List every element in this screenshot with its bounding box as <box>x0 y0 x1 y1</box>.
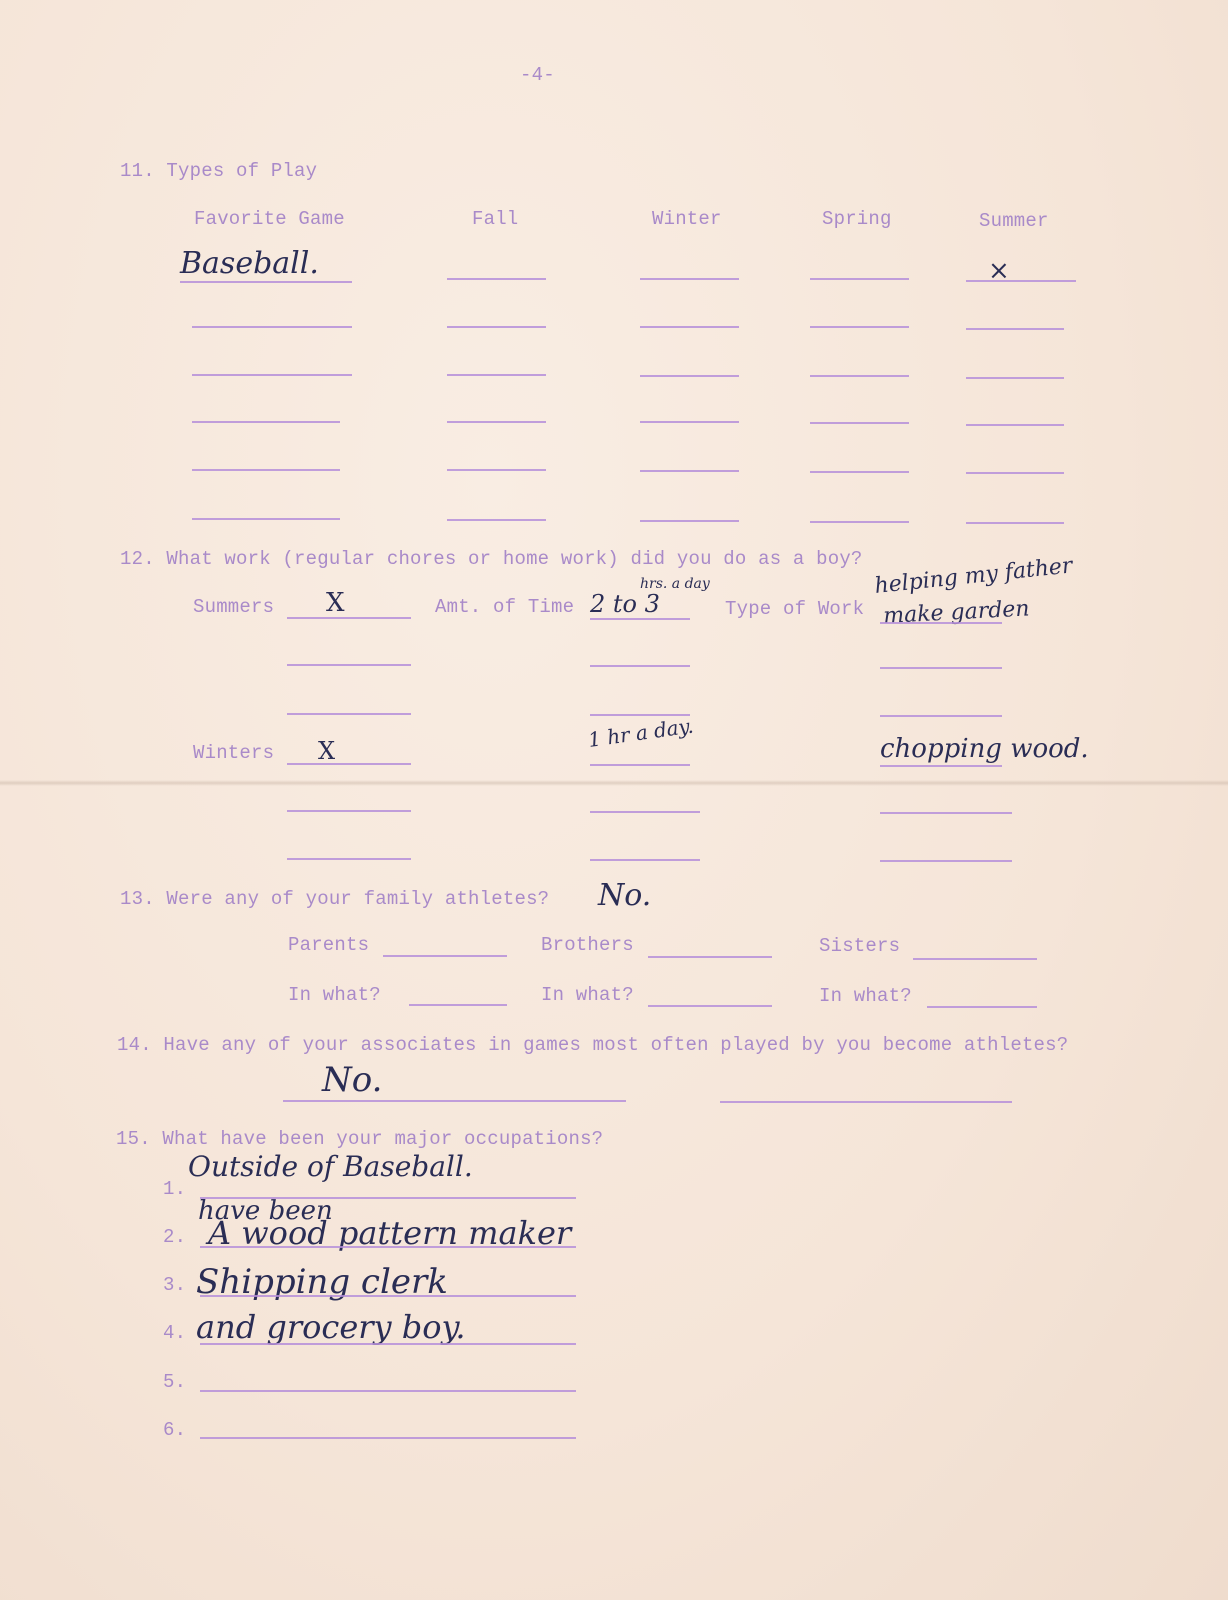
winters-time[interactable]: 1 hr a day. <box>587 713 695 752</box>
brothers-in-what-label: In what? <box>541 984 634 1006</box>
spring-line[interactable] <box>810 521 909 523</box>
summers-work-line-3[interactable] <box>880 715 1002 717</box>
winters-label: Winters <box>193 742 274 764</box>
summers-mark[interactable]: X <box>326 588 345 618</box>
fall-line[interactable] <box>447 326 546 328</box>
summers-time-line-2[interactable] <box>590 665 690 667</box>
winters-work-line-3[interactable] <box>880 860 1012 862</box>
winters-work-line-2[interactable] <box>880 812 1012 814</box>
winters-work[interactable]: chopping wood. <box>880 734 1089 764</box>
col-spring: Spring <box>822 208 892 230</box>
q14-answer-line-2[interactable] <box>720 1101 1012 1103</box>
winters-line-2[interactable] <box>287 810 411 812</box>
winter-line[interactable] <box>640 421 739 423</box>
winter-line[interactable] <box>640 375 739 377</box>
summers-line[interactable] <box>287 617 411 619</box>
fall-line[interactable] <box>447 469 546 471</box>
occupation-2-line[interactable] <box>200 1246 576 1248</box>
summers-line-3[interactable] <box>287 713 411 715</box>
summer-line[interactable] <box>966 522 1064 524</box>
summer-line[interactable] <box>966 377 1064 379</box>
q15-title: 15. What have been your major occupation… <box>116 1128 603 1150</box>
summer-line[interactable] <box>966 424 1064 426</box>
winter-line[interactable] <box>640 326 739 328</box>
occupation-number-2: 2. <box>163 1226 186 1248</box>
brothers-label: Brothers <box>541 934 634 956</box>
occupation-5-line[interactable] <box>200 1390 576 1392</box>
parents-in-what-label: In what? <box>288 984 381 1006</box>
summers-line-2[interactable] <box>287 664 411 666</box>
occupation-4-line[interactable] <box>200 1343 576 1345</box>
spring-line[interactable] <box>810 326 909 328</box>
col-fall: Fall <box>472 208 518 230</box>
col-favorite-game: Favorite Game <box>194 208 345 230</box>
fall-line[interactable] <box>447 278 546 280</box>
parents-in-what-line[interactable] <box>409 1004 507 1006</box>
summers-work-line2[interactable]: make garden <box>883 596 1030 629</box>
spring-line[interactable] <box>810 422 909 424</box>
sisters-line[interactable] <box>913 958 1037 960</box>
fall-line[interactable] <box>447 519 546 521</box>
winters-time-line-2[interactable] <box>590 811 700 813</box>
occupation-1-answer[interactable]: Outside of Baseball. <box>188 1150 473 1183</box>
occupation-4-answer[interactable]: and grocery boy. <box>196 1308 466 1346</box>
winters-work-line[interactable] <box>880 765 1002 767</box>
winter-line[interactable] <box>640 470 739 472</box>
summers-work-line1[interactable]: helping my father <box>873 553 1073 599</box>
parents-label: Parents <box>288 934 369 956</box>
winters-line-3[interactable] <box>287 858 411 860</box>
occupation-3-line[interactable] <box>200 1295 576 1297</box>
summer-line[interactable] <box>966 472 1064 474</box>
winters-time-line-3[interactable] <box>590 859 700 861</box>
spring-line[interactable] <box>810 471 909 473</box>
favorite-game-line[interactable] <box>192 374 352 376</box>
q14-answer[interactable]: No. <box>322 1060 382 1100</box>
summers-work-line[interactable] <box>880 622 1002 624</box>
favorite-game-line[interactable] <box>192 326 352 328</box>
sisters-in-what-label: In what? <box>819 985 912 1007</box>
summers-time[interactable]: 2 to 3 <box>590 590 660 618</box>
occupation-number-4: 4. <box>163 1322 186 1344</box>
summers-work-line-2[interactable] <box>880 667 1002 669</box>
summers-time-note: hrs. a day <box>640 576 710 592</box>
summer-line[interactable] <box>966 328 1064 330</box>
col-summer: Summer <box>979 210 1049 232</box>
summer-line[interactable] <box>966 280 1076 282</box>
col-winter: Winter <box>652 208 722 230</box>
brothers-line[interactable] <box>648 956 772 958</box>
fall-line[interactable] <box>447 421 546 423</box>
favorite-game-answer[interactable]: Baseball. <box>180 246 319 281</box>
brothers-in-what-line[interactable] <box>648 1005 772 1007</box>
summers-time-line[interactable] <box>590 618 690 620</box>
q12-title: 12. What work (regular chores or home wo… <box>120 548 863 570</box>
q14-answer-line-1[interactable] <box>283 1100 626 1102</box>
fall-line[interactable] <box>447 374 546 376</box>
favorite-game-line[interactable] <box>192 518 340 520</box>
winters-mark[interactable]: X <box>318 737 335 765</box>
favorite-game-line[interactable] <box>192 421 340 423</box>
winters-line[interactable] <box>287 763 411 765</box>
parents-line[interactable] <box>383 955 507 957</box>
amount-of-time-label: Amt. of Time <box>435 596 574 618</box>
occupation-number-1: 1. <box>163 1178 186 1200</box>
spring-line[interactable] <box>810 278 909 280</box>
occupation-number-6: 6. <box>163 1419 186 1441</box>
winter-line[interactable] <box>640 520 739 522</box>
favorite-game-line[interactable] <box>192 469 340 471</box>
q14-title: 14. Have any of your associates in games… <box>117 1034 1068 1056</box>
paper-fold-crease <box>0 780 1228 786</box>
occupation-6-line[interactable] <box>200 1437 576 1439</box>
occupation-number-5: 5. <box>163 1371 186 1393</box>
q11-title: 11. Types of Play <box>120 160 317 182</box>
winters-time-line[interactable] <box>590 764 690 766</box>
q13-title: 13. Were any of your family athletes? <box>120 888 549 910</box>
winter-line[interactable] <box>640 278 739 280</box>
occupation-number-3: 3. <box>163 1274 186 1296</box>
q13-answer[interactable]: No. <box>598 878 651 913</box>
type-of-work-label: Type of Work <box>725 598 864 620</box>
favorite-game-line[interactable] <box>180 281 352 283</box>
sisters-label: Sisters <box>819 935 900 957</box>
sisters-in-what-line[interactable] <box>927 1006 1037 1008</box>
page-number: -4- <box>520 64 555 86</box>
spring-line[interactable] <box>810 375 909 377</box>
summers-label: Summers <box>193 596 274 618</box>
